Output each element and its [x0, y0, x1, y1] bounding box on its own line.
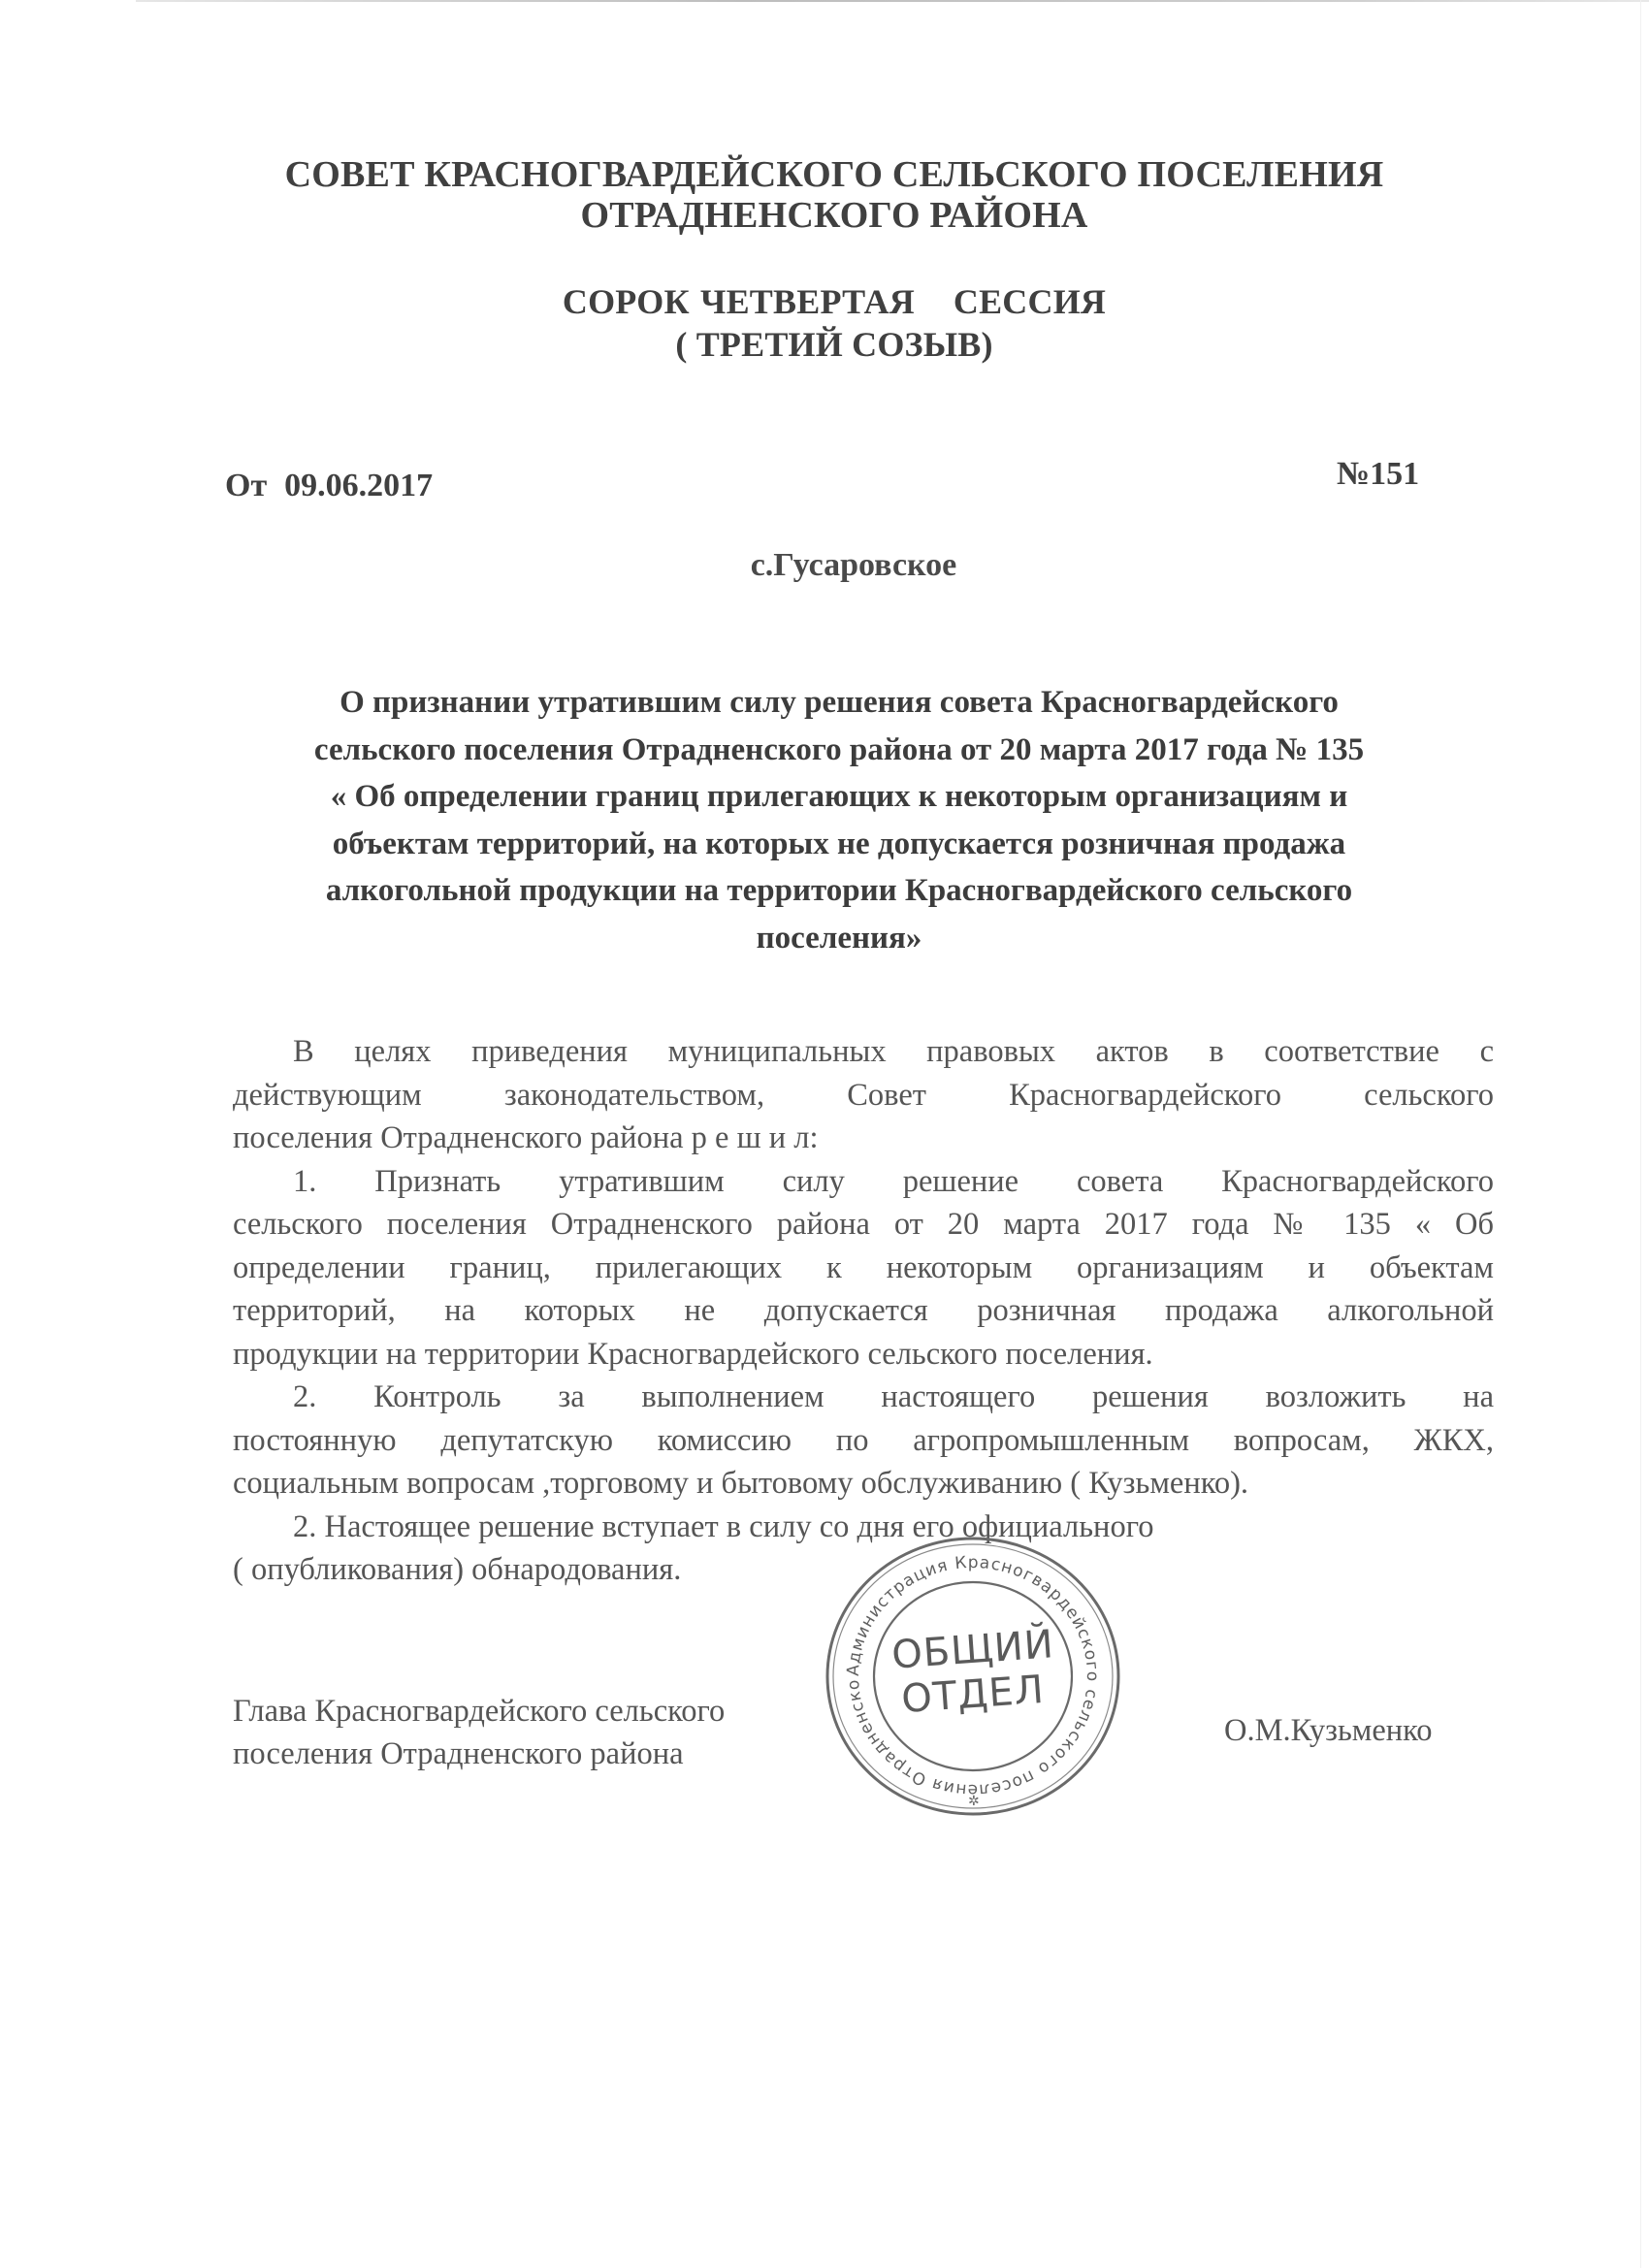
body-line: территорий, на которых не допускается ро…	[233, 1289, 1494, 1333]
title-line: поселения»	[209, 915, 1470, 962]
title-line: сельского поселения Отрадненского района…	[209, 727, 1470, 774]
body-line: сельского поселения Отрадненского района…	[233, 1203, 1494, 1247]
document-date: От09.06.2017	[225, 468, 433, 504]
header-organization-line-1: СОВЕТ КРАСНОГВАРДЕЙСКОГО СЕЛЬСКОГО ПОСЕЛ…	[0, 153, 1649, 196]
title-line: объектам территорий, на которых не допус…	[209, 821, 1470, 868]
session-ordinal: СОРОК ЧЕТВЕРТАЯ	[563, 282, 915, 321]
official-stamp: Администрация Красногвардейского сельско…	[823, 1531, 1123, 1822]
resolution-item-1: 1. Признать утратившим силу решение сове…	[233, 1160, 1494, 1377]
body-line: социальным вопросам ,торговому и бытовом…	[233, 1462, 1494, 1506]
document-number: №151	[1337, 456, 1419, 493]
header-convocation: ( ТРЕТИЙ СОЗЫВ)	[0, 324, 1649, 365]
header-session: СОРОК ЧЕТВЕРТАЯСЕССИЯ	[0, 281, 1649, 322]
title-line: « Об определении границ прилегающих к не…	[209, 773, 1470, 821]
title-line: алкогольной продукции на территории Крас…	[209, 867, 1470, 915]
preamble-paragraph: В целях приведения муниципальных правовы…	[233, 1030, 1494, 1160]
signatory-position-line-2: поселения Отрадненского района	[233, 1733, 725, 1775]
body-line: 1. Признать утратившим силу решение сове…	[233, 1160, 1494, 1204]
date-label: От	[225, 468, 267, 503]
signatory-position: Глава Красногвардейского сельского посел…	[233, 1690, 725, 1775]
body-line: В целях приведения муниципальных правовы…	[233, 1030, 1494, 1074]
body-line: поселения Отрадненского района р е ш и л…	[233, 1117, 1494, 1160]
body-line: постоянную депутатскую комиссию по агроп…	[233, 1419, 1494, 1463]
title-line: О признании утратившим силу решения сове…	[209, 679, 1470, 727]
document-title: О признании утратившим силу решения сове…	[209, 679, 1470, 961]
signatory-position-line-1: Глава Красногвардейского сельского	[233, 1690, 725, 1733]
resolution-item-2: 2. Контроль за выполнением настоящего ре…	[233, 1376, 1494, 1506]
body-line: продукции на территории Красногвардейско…	[233, 1333, 1494, 1377]
date-value: 09.06.2017	[284, 468, 433, 503]
document-body: В целях приведения муниципальных правовы…	[233, 1030, 1494, 1592]
body-line: 2. Контроль за выполнением настоящего ре…	[233, 1376, 1494, 1419]
header-organization-line-2: ОТРАДНЕНСКОГО РАЙОНА	[0, 194, 1649, 237]
session-word: СЕССИЯ	[954, 282, 1106, 321]
document-page: СОВЕТ КРАСНОГВАРДЕЙСКОГО СЕЛЬСКОГО ПОСЕЛ…	[0, 0, 1649, 2268]
signatory-name: О.М.Кузьменко	[1224, 1713, 1433, 1749]
stamp-star-icon: ✲	[968, 1794, 980, 1809]
document-place: с.Гусаровское	[0, 547, 1649, 584]
body-line: определении границ, прилегающих к некото…	[233, 1247, 1494, 1290]
body-line: действующим законодательством, Совет Кра…	[233, 1074, 1494, 1118]
